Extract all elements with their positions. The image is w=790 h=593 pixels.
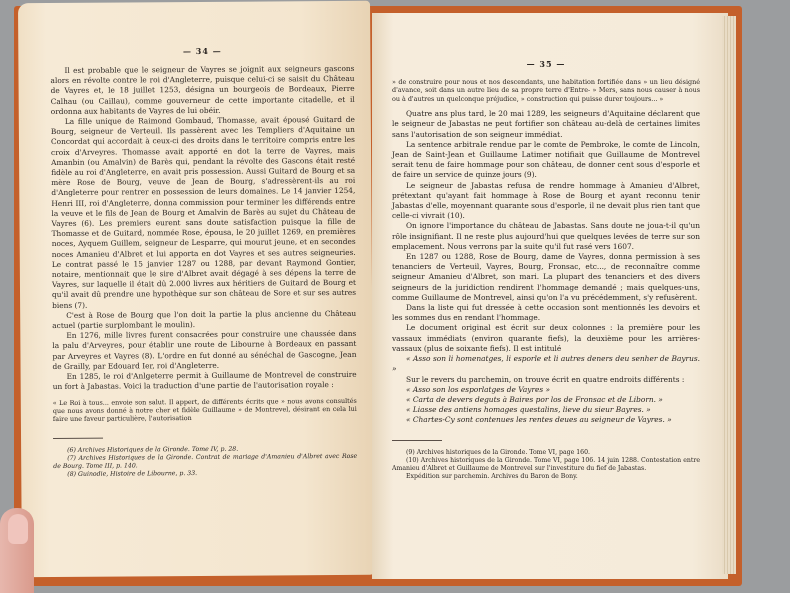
paragraph: Sur le revers du parchemin, on trouve éc… bbox=[392, 375, 700, 385]
paragraph: Quatre ans plus tard, le 20 mai 1289, le… bbox=[392, 109, 700, 140]
footnote-divider bbox=[392, 440, 442, 441]
paragraph: La sentence arbitrale rendue par le comt… bbox=[392, 140, 700, 181]
footnote-divider bbox=[53, 437, 103, 438]
page-number: — 34 — bbox=[50, 45, 354, 57]
paragraph: Dans la liste qui fut dressée à cette oc… bbox=[392, 303, 700, 323]
footnote: (9) Archives historiques de la Gironde. … bbox=[392, 449, 700, 457]
page-edges bbox=[722, 16, 736, 574]
right-page-body: » de construire pour nous et nos descend… bbox=[392, 78, 700, 426]
royal-quote: « Le Roi à tous... envoie son salut. Il … bbox=[53, 396, 357, 423]
thumb-nail bbox=[8, 514, 28, 544]
paragraph: En 1287 ou 1288, Rose de Bourg, dame de … bbox=[392, 252, 700, 303]
paragraph: La fille unique de Raimond Gombaud, Thom… bbox=[51, 115, 356, 311]
document-title-quote: « Asso son li homenatges, li esporle et … bbox=[392, 354, 700, 374]
footnote: Expédition sur parchemin. Archives du Ba… bbox=[392, 473, 700, 481]
right-page: — 35 — » de construire pour nous et nos … bbox=[372, 13, 728, 579]
paragraph: Le seigneur de Jabastas refusa de rendre… bbox=[392, 181, 700, 222]
footnotes: (6) Archives Historiques de la Gironde. … bbox=[53, 445, 357, 479]
paragraph: Le document original est écrit sur deux … bbox=[392, 323, 700, 354]
paragraph: En 1276, mille livres furent consacrées … bbox=[52, 329, 356, 372]
footnotes: (9) Archives historiques de la Gironde. … bbox=[392, 449, 700, 481]
footnote: (8) Guinodie, Histoire de Libourne, p. 3… bbox=[53, 469, 357, 479]
reverse-item: « Carta de devers deguts à Baires por lo… bbox=[392, 395, 700, 405]
left-page: — 34 — Il est probable que le seigneur d… bbox=[18, 1, 374, 577]
royal-quote-continued: » de construire pour nous et nos descend… bbox=[392, 78, 700, 103]
reverse-item: « Liasse des antiens homages questalins,… bbox=[392, 405, 700, 415]
paragraph: Il est probable que le seigneur de Vayre… bbox=[50, 64, 354, 117]
left-page-body: Il est probable que le seigneur de Vayre… bbox=[50, 64, 356, 424]
paragraph: On ignore l'importance du château de Jab… bbox=[392, 221, 700, 252]
reverse-item: « Chartes-Cy sont contenues les rentes d… bbox=[392, 415, 700, 425]
reverse-item: « Asso son los esporlatges de Vayres » bbox=[392, 385, 700, 395]
paragraph: C'est à Rose de Bourg que l'on doit la p… bbox=[52, 309, 356, 332]
paragraph: En 1285, le roi d'Anlgeterre permit à Gu… bbox=[53, 370, 357, 393]
page-number: — 35 — bbox=[392, 59, 700, 69]
footnote: (10) Archives historiques de la Gironde.… bbox=[392, 457, 700, 473]
